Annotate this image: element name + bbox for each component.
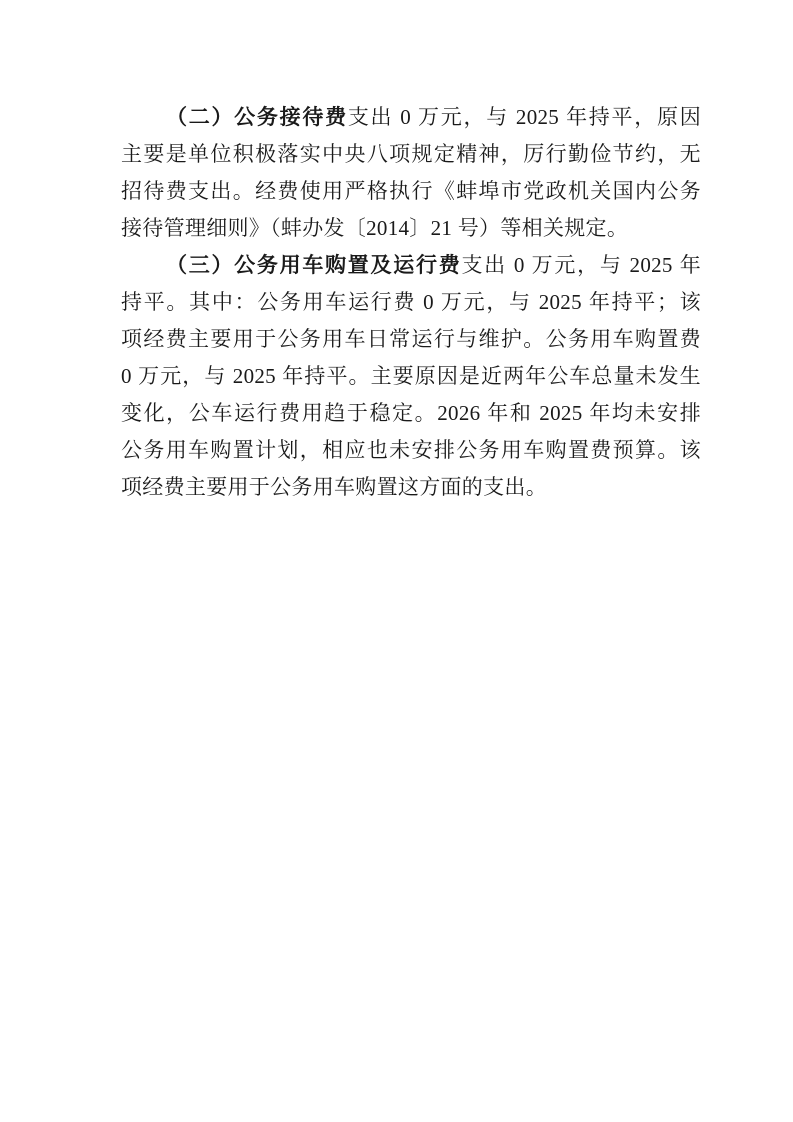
text-line: 项经费主要用于公务用车购置这方面的支出。	[121, 469, 701, 506]
text-line: 接待管理细则》（蚌办发〔2014〕21 号）等相关规定。	[121, 210, 701, 247]
paragraph-text: 项经费主要用于公务用车日常运行与维护。公务用车购置费	[121, 327, 701, 351]
text-line: 主要是单位积极落实中央八项规定精神，厉行勤俭节约，无	[121, 136, 701, 173]
text-line: 持平。其中：公务用车运行费 0 万元，与 2025 年持平；该	[121, 284, 701, 321]
text-line: （二）公务接待费支出 0 万元，与 2025 年持平，原因	[121, 99, 701, 136]
document-text-block: （二）公务接待费支出 0 万元，与 2025 年持平，原因主要是单位积极落实中央…	[121, 99, 701, 506]
paragraph-official-reception-expense: （二）公务接待费支出 0 万元，与 2025 年持平，原因主要是单位积极落实中央…	[121, 99, 701, 247]
paragraph-official-vehicle-expense: （三）公务用车购置及运行费支出 0 万元，与 2025 年持平。其中：公务用车运…	[121, 247, 701, 506]
paragraph-text: 0 万元，与 2025 年持平。主要原因是近两年公车总量未发生	[121, 364, 701, 388]
paragraph-text: 项经费主要用于公务用车购置这方面的支出。	[121, 475, 547, 499]
paragraph-text: 支出 0 万元，与 2025 年持平，原因	[348, 105, 701, 129]
paragraph-text: 接待管理细则》（蚌办发〔2014〕21 号）等相关规定。	[121, 216, 628, 240]
paragraph-text: 支出 0 万元，与 2025 年	[461, 253, 701, 277]
paragraph-heading-bold: （三）公务用车购置及运行费	[166, 253, 461, 277]
text-line: 公务用车购置计划，相应也未安排公务用车购置费预算。该	[121, 432, 701, 469]
text-line: 招待费支出。经费使用严格执行《蚌埠市党政机关国内公务	[121, 173, 701, 210]
text-line: 变化，公车运行费用趋于稳定。2026 年和 2025 年均未安排	[121, 395, 701, 432]
text-line: 0 万元，与 2025 年持平。主要原因是近两年公车总量未发生	[121, 358, 701, 395]
paragraph-text: 招待费支出。经费使用严格执行《蚌埠市党政机关国内公务	[121, 179, 701, 203]
paragraph-text: 主要是单位积极落实中央八项规定精神，厉行勤俭节约，无	[121, 142, 701, 166]
text-line: （三）公务用车购置及运行费支出 0 万元，与 2025 年	[121, 247, 701, 284]
paragraph-text: 变化，公车运行费用趋于稳定。2026 年和 2025 年均未安排	[121, 401, 701, 425]
text-line: 项经费主要用于公务用车日常运行与维护。公务用车购置费	[121, 321, 701, 358]
paragraph-text: 公务用车购置计划，相应也未安排公务用车购置费预算。该	[121, 438, 701, 462]
paragraph-text: 持平。其中：公务用车运行费 0 万元，与 2025 年持平；该	[121, 290, 701, 314]
paragraph-heading-bold: （二）公务接待费	[166, 105, 348, 129]
document-page: （二）公务接待费支出 0 万元，与 2025 年持平，原因主要是单位积极落实中央…	[0, 0, 793, 1122]
